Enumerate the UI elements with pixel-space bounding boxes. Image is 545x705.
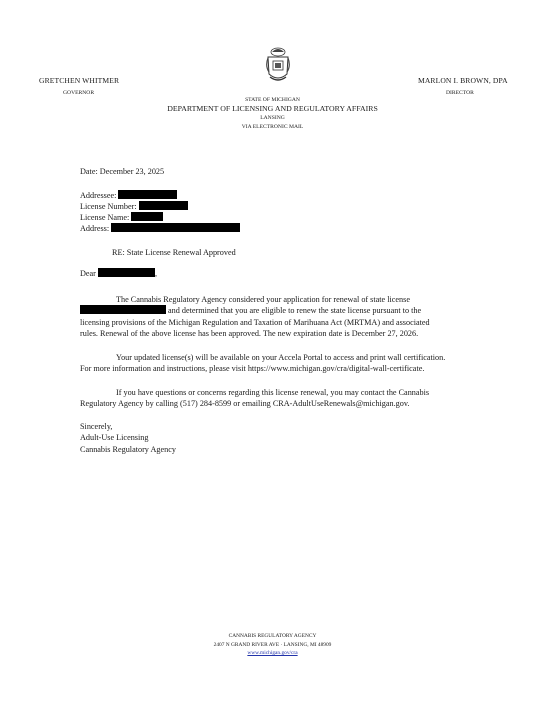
paragraph-line: For more information and instructions, p… (80, 363, 445, 374)
governor-title: GOVERNOR (63, 90, 94, 96)
salutation: Dear , (80, 268, 157, 279)
delivery-method: VIA ELECTRONIC MAIL (0, 124, 545, 130)
director-name: MARLON I. BROWN, DPA (418, 76, 508, 85)
paragraph-line: and determined that you are eligible to … (80, 305, 430, 316)
closing: Sincerely, (80, 421, 176, 432)
paragraph-portal: Your updated license(s) will be availabl… (80, 352, 445, 375)
salutation-suffix: , (155, 269, 157, 278)
footer-website-link[interactable]: www.michigan.gov/cra (247, 650, 297, 656)
address-label: Address: (80, 224, 109, 233)
signature-unit: Adult-Use Licensing (80, 432, 176, 443)
redaction-box (131, 212, 163, 221)
redaction-box (139, 201, 188, 210)
paragraph-line: Your updated license(s) will be availabl… (80, 352, 445, 363)
paragraph-line: Regulatory Agency by calling (517) 284-8… (80, 398, 429, 409)
redaction-box (118, 190, 177, 199)
addressee-label: Addressee: (80, 191, 116, 200)
salutation-prefix: Dear (80, 269, 96, 278)
paragraph-line: The Cannabis Regulatory Agency considere… (80, 294, 430, 305)
redaction-box (111, 223, 240, 232)
state-name: STATE OF MICHIGAN (0, 97, 545, 103)
addressee-field: Addressee: (80, 190, 177, 201)
michigan-seal-icon (265, 44, 291, 88)
footer-address: 2407 N GRAND RIVER AVE · LANSING, MI 489… (0, 641, 545, 650)
address-field: Address: (80, 223, 240, 234)
closing-block: Sincerely, Adult-Use Licensing Cannabis … (80, 421, 176, 455)
city-name: LANSING (0, 115, 545, 121)
redaction-box (80, 305, 166, 314)
footer-agency: CANNABIS REGULATORY AGENCY (0, 632, 545, 641)
paragraph-line: licensing provisions of the Michigan Reg… (80, 317, 430, 328)
director-title: DIRECTOR (446, 90, 474, 96)
license-number-field: License Number: (80, 201, 188, 212)
letter-date: Date: December 23, 2025 (80, 166, 164, 177)
paragraph-contact: If you have questions or concerns regard… (80, 387, 429, 410)
signature-agency: Cannabis Regulatory Agency (80, 444, 176, 455)
paragraph-line: If you have questions or concerns regard… (80, 387, 429, 398)
paragraph-line: rules. Renewal of the above license has … (80, 328, 430, 339)
paragraph-approval: The Cannabis Regulatory Agency considere… (80, 294, 430, 340)
license-name-field: License Name: (80, 212, 163, 223)
license-number-label: License Number: (80, 202, 137, 211)
department-name: DEPARTMENT OF LICENSING AND REGULATORY A… (0, 104, 545, 113)
redaction-box (98, 268, 155, 277)
letter-subject: RE: State License Renewal Approved (112, 247, 236, 258)
paragraph-line-text: and determined that you are eligible to … (166, 306, 421, 315)
footer: CANNABIS REGULATORY AGENCY 2407 N GRAND … (0, 632, 545, 658)
governor-name: GRETCHEN WHITMER (39, 76, 119, 85)
license-name-label: License Name: (80, 213, 129, 222)
